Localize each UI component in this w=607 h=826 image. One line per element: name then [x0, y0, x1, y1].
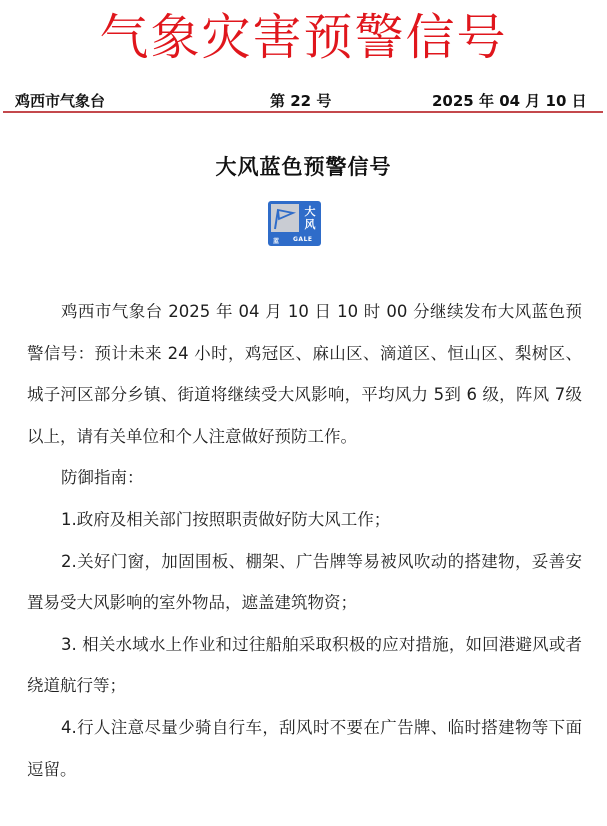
paragraph-guide-3: 3. 相关水域水上作业和过往船舶采取积极的应对措施，如回港避风或者绕道航行等； — [27, 624, 582, 707]
document-body: 鸡西市气象台 2025 年 04 月 10 日 10 时 00 分继续发布大风蓝… — [27, 291, 582, 790]
paragraph-guide-4: 4.行人注意尽量少骑自行车，刮风时不要在广告牌、临时搭建物等下面逗留。 — [27, 707, 582, 790]
badge-level-label: 蓝 — [273, 236, 279, 245]
badge-char-da: 大 — [301, 205, 319, 218]
gale-blue-warning-badge: 大 风 蓝 GALE — [268, 201, 321, 246]
issue-meta-row: 鸡西市气象台 第 22 号 2025 年 04 月 10 日 — [0, 88, 607, 110]
header-divider — [3, 111, 603, 113]
issue-date: 2025 年 04 月 10 日 — [432, 90, 587, 111]
issuer-name: 鸡西市气象台 — [15, 90, 105, 111]
badge-char-feng: 风 — [301, 218, 319, 231]
masthead-title: 气象灾害预警信号 — [0, 6, 607, 70]
paragraph-announcement: 鸡西市气象台 2025 年 04 月 10 日 10 时 00 分继续发布大风蓝… — [27, 291, 582, 457]
paragraph-guide-2: 2.关好门窗，加固围板、棚架、广告牌等易被风吹动的搭建物，妥善安置易受大风影响的… — [27, 541, 582, 624]
paragraph-guide-1: 1.政府及相关部门按照职责做好防大风工作； — [27, 499, 582, 541]
badge-bottom-bar: 蓝 GALE — [268, 234, 321, 246]
flag-icon — [271, 204, 299, 232]
paragraph-guide-heading: 防御指南： — [27, 457, 582, 499]
document-title: 大风蓝色预警信号 — [0, 151, 607, 181]
badge-gale-label: GALE — [293, 236, 313, 243]
issue-number: 第 22 号 — [270, 90, 331, 111]
